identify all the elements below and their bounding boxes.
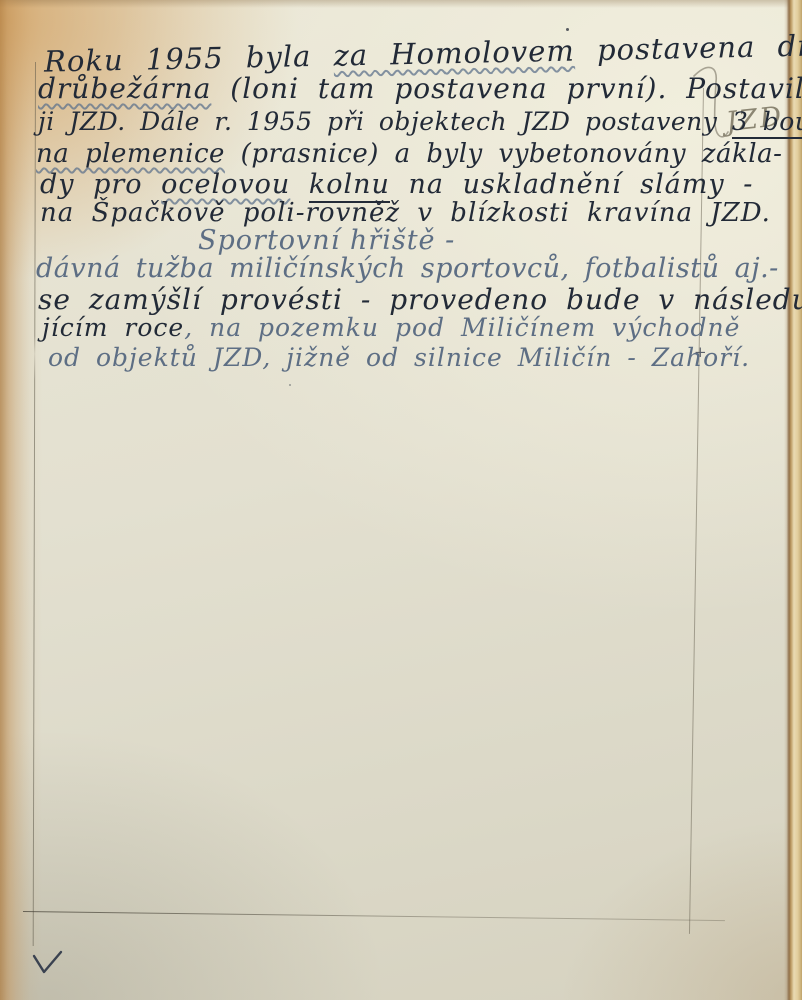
manuscript-segment: (prasnice) a byly vybetonovány zákla-	[225, 139, 782, 169]
manuscript-segment	[290, 169, 309, 200]
chronicle-page: JZD Roku 1955 byla za Homolovem postaven…	[0, 0, 802, 1000]
manuscript-line: jícím roce, na pozemku pod Miličínem výc…	[42, 313, 740, 342]
manuscript-line: dávná tužba miličínských sportovců, fotb…	[36, 253, 779, 284]
manuscript-line: se zamýšlí provésti - provedeno bude v n…	[38, 283, 802, 316]
manuscript-line: na plemenice (prasnice) a byly vybetonov…	[36, 139, 782, 169]
manuscript-heading-line: Sportovní hřiště -	[198, 225, 455, 256]
manuscript-segment: 3 boudy	[732, 107, 802, 139]
ink-speck	[289, 384, 291, 386]
manuscript-line: drůbežárna (loni tam postavena první). P…	[38, 72, 802, 105]
manuscript-segment: dy pro	[40, 169, 161, 200]
manuscript-segment: na Špačkově poli-rovněž v blízkosti krav…	[40, 198, 771, 228]
manuscript-segment: , na pozemku pod Miličínem východně	[184, 313, 740, 342]
manuscript-segment: postavena druhá	[574, 27, 802, 67]
manuscript-segment: ocelovou	[161, 169, 290, 200]
manuscript-segment: dávná tužba miličínských sportovců, fotb…	[36, 253, 779, 284]
manuscript-segment: drůbežárna	[38, 72, 211, 105]
manuscript-line: na Špačkově poli-rovněž v blízkosti krav…	[40, 198, 771, 228]
manuscript-segment: Sportovní hřiště -	[198, 225, 455, 256]
plus-mark: +	[694, 343, 707, 361]
manuscript-line: dy pro ocelovou kolnu na uskladnění slám…	[40, 169, 753, 200]
manuscript-line: ji JZD. Dále r. 1955 při objektech JZD p…	[38, 107, 802, 136]
manuscript-line: Roku 1955 byla za Homolovem postavena dr…	[44, 27, 802, 78]
manuscript-segment: na uskladnění slámy -	[390, 169, 753, 200]
manuscript-segment: se zamýšlí provésti - provedeno bude v n…	[38, 283, 802, 316]
manuscript-segment: na plemenice	[36, 139, 225, 169]
manuscript-line: od objektů JZD, jižně od silnice Miličín…	[48, 343, 750, 372]
manuscript-segment: ji JZD. Dále r. 1955 při objektech JZD p…	[38, 107, 732, 136]
manuscript-segment: (loni tam postavena první). Postavilo	[211, 72, 802, 105]
manuscript-segment: od objektů JZD, jižně od silnice Miličín…	[48, 343, 750, 372]
ink-speck	[566, 28, 569, 31]
manuscript-segment: jícím roce	[42, 313, 184, 342]
manuscript-segment: za Homolovem	[333, 34, 575, 73]
manuscript-text: Roku 1955 byla za Homolovem postavena dr…	[0, 0, 802, 1000]
checkmark-icon	[30, 948, 66, 978]
